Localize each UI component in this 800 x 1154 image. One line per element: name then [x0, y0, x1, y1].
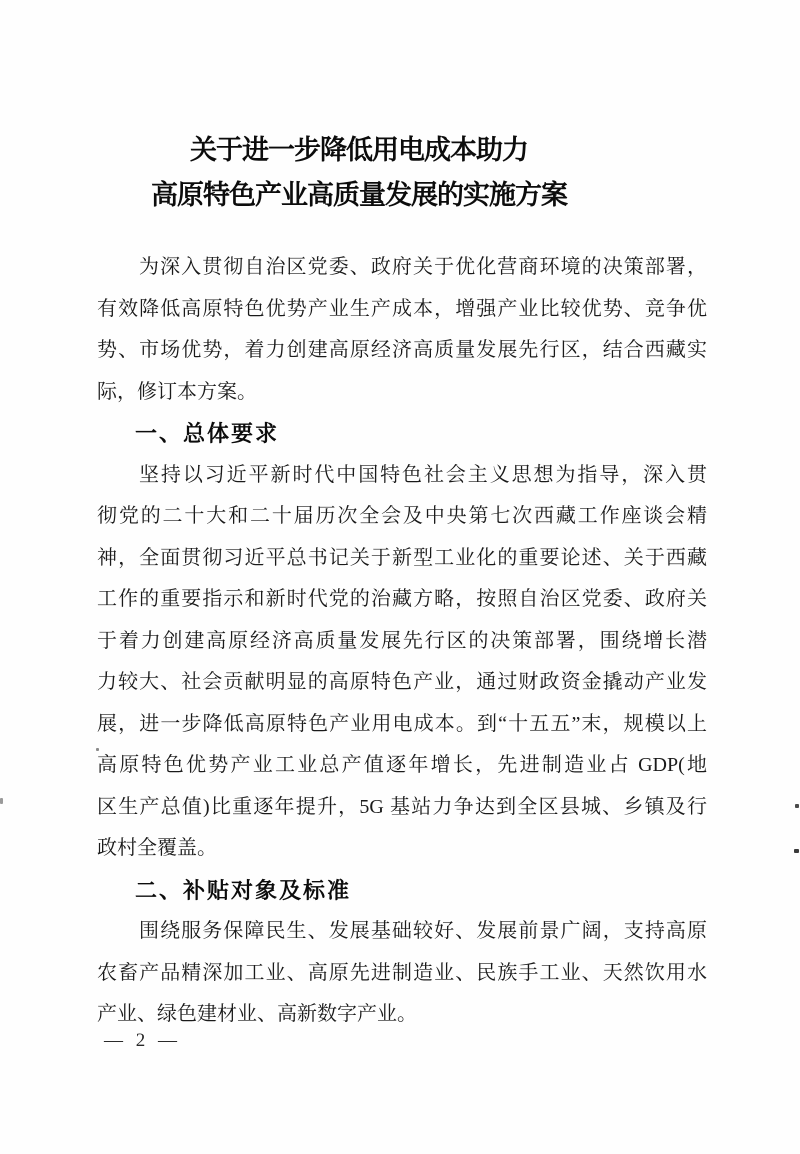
scan-speck: [0, 798, 3, 804]
text-line: 农畜产品精深加工业、高原先进制造业、民族手工业、天然饮用水: [97, 953, 707, 995]
section-heading-2: 二、补贴对象及标准: [97, 870, 707, 912]
text-line: 产业、绿色建材业、高新数字产业。: [97, 994, 707, 1036]
document-page: 关于进一步降低用电成本助力 高原特色产业高质量发展的实施方案 为深入贯彻自治区党…: [0, 0, 800, 1154]
text-line: 神，全面贯彻习近平总书记关于新型工业化的重要论述、关于西藏: [97, 538, 707, 580]
scan-speck: [96, 748, 99, 751]
text-line: 工作的重要指示和新时代党的治藏方略，按照自治区党委、政府关: [97, 579, 707, 621]
text-line: 际，修订本方案。: [97, 372, 707, 414]
text-line: 坚持以习近平新时代中国特色社会主义思想为指导，深入贯: [97, 455, 707, 497]
text-line: 围绕服务保障民生、发展基础较好、发展前景广阔，支持高原: [97, 911, 707, 953]
text-line: 有效降低高原特色优势产业生产成本，增强产业比较优势、竞争优: [97, 289, 707, 331]
text-line: 力较大、社会贡献明显的高原特色产业，通过财政资金撬动产业发: [97, 662, 707, 704]
text-line: 彻党的二十大和二十届历次全会及中央第七次西藏工作座谈会精: [97, 496, 707, 538]
document-body: 为深入贯彻自治区党委、政府关于优化营商环境的决策部署， 有效降低高原特色优势产业…: [97, 247, 707, 1036]
text-line: 高原特色优势产业工业总产值逐年增长，先进制造业占 GDP(地: [97, 745, 707, 787]
page-number: — 2 —: [104, 1028, 181, 1054]
scan-speck: [794, 849, 799, 853]
document-title-line-1: 关于进一步降低用电成本助力: [0, 128, 718, 173]
text-line: 为深入贯彻自治区党委、政府关于优化营商环境的决策部署，: [97, 247, 707, 289]
text-line: 政村全覆盖。: [97, 828, 707, 870]
document-title-line-2: 高原特色产业高质量发展的实施方案: [0, 173, 718, 218]
text-line: 于着力创建高原经济高质量发展先行区的决策部署，围绕增长潜: [97, 621, 707, 663]
section-heading-1: 一、总体要求: [97, 413, 707, 455]
text-line: 势、市场优势，着力创建高原经济高质量发展先行区，结合西藏实: [97, 330, 707, 372]
text-line: 区生产总值)比重逐年提升，5G 基站力争达到全区县城、乡镇及行: [97, 787, 707, 829]
text-line: 展，进一步降低高原特色产业用电成本。到“十五五”末，规模以上: [97, 704, 707, 746]
scan-speck: [795, 804, 799, 808]
document-title: 关于进一步降低用电成本助力 高原特色产业高质量发展的实施方案: [0, 128, 718, 218]
